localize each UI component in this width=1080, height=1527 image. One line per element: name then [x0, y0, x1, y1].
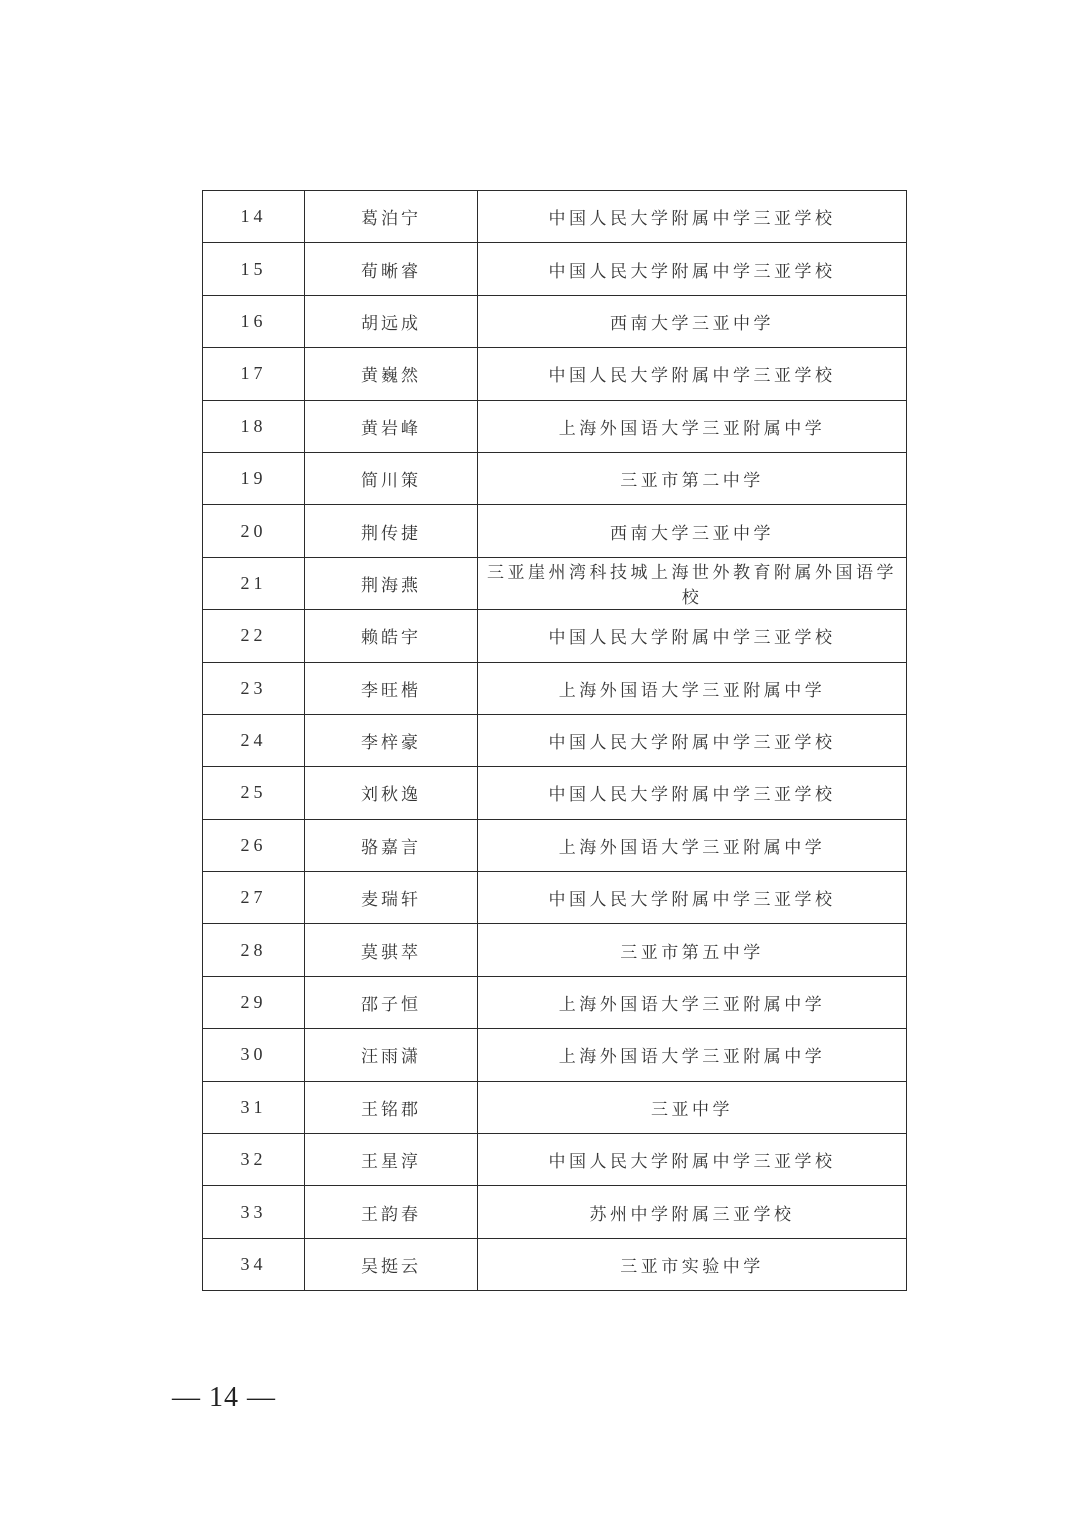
table-row: 17黄巍然中国人民大学附属中学三亚学校 — [203, 348, 907, 400]
table-row: 27麦瑞轩中国人民大学附属中学三亚学校 — [203, 872, 907, 924]
row-number-cell: 31 — [203, 1081, 305, 1133]
school-name-cell: 中国人民大学附属中学三亚学校 — [478, 767, 907, 819]
row-number-cell: 27 — [203, 872, 305, 924]
table-row: 22赖皓宇中国人民大学附属中学三亚学校 — [203, 610, 907, 662]
table-row: 18黄岩峰上海外国语大学三亚附属中学 — [203, 400, 907, 452]
row-number-cell: 25 — [203, 767, 305, 819]
row-number-cell: 24 — [203, 714, 305, 766]
row-number-cell: 14 — [203, 191, 305, 243]
table-row: 34吴挺云三亚市实验中学 — [203, 1238, 907, 1290]
table-row: 28莫骐萃三亚市第五中学 — [203, 924, 907, 976]
student-name-cell: 胡远成 — [305, 295, 478, 347]
table-row: 30汪雨潇上海外国语大学三亚附属中学 — [203, 1029, 907, 1081]
table-row: 33王韵春苏州中学附属三亚学校 — [203, 1186, 907, 1238]
row-number-cell: 32 — [203, 1134, 305, 1186]
school-name-cell: 上海外国语大学三亚附属中学 — [478, 1029, 907, 1081]
table-row: 24李梓豪中国人民大学附属中学三亚学校 — [203, 714, 907, 766]
student-name-cell: 赖皓宇 — [305, 610, 478, 662]
student-list-table: 14葛泊宁中国人民大学附属中学三亚学校15荀晰睿中国人民大学附属中学三亚学校16… — [202, 190, 907, 1291]
school-name-cell: 中国人民大学附属中学三亚学校 — [478, 243, 907, 295]
school-name-cell: 三亚崖州湾科技城上海世外教育附属外国语学校 — [478, 557, 907, 609]
row-number-cell: 34 — [203, 1238, 305, 1290]
school-name-cell: 三亚市第二中学 — [478, 452, 907, 504]
student-name-cell: 刘秋逸 — [305, 767, 478, 819]
row-number-cell: 26 — [203, 819, 305, 871]
table-row: 15荀晰睿中国人民大学附属中学三亚学校 — [203, 243, 907, 295]
school-name-cell: 西南大学三亚中学 — [478, 295, 907, 347]
student-name-cell: 李梓豪 — [305, 714, 478, 766]
row-number-cell: 23 — [203, 662, 305, 714]
school-name-cell: 西南大学三亚中学 — [478, 505, 907, 557]
table-row: 26骆嘉言上海外国语大学三亚附属中学 — [203, 819, 907, 871]
row-number-cell: 15 — [203, 243, 305, 295]
table-row: 21荆海燕三亚崖州湾科技城上海世外教育附属外国语学校 — [203, 557, 907, 609]
row-number-cell: 33 — [203, 1186, 305, 1238]
row-number-cell: 17 — [203, 348, 305, 400]
table-row: 23李旺楷上海外国语大学三亚附属中学 — [203, 662, 907, 714]
student-name-cell: 吴挺云 — [305, 1238, 478, 1290]
school-name-cell: 上海外国语大学三亚附属中学 — [478, 819, 907, 871]
table-row: 19简川策三亚市第二中学 — [203, 452, 907, 504]
school-name-cell: 三亚市实验中学 — [478, 1238, 907, 1290]
table-row: 29邵子恒上海外国语大学三亚附属中学 — [203, 976, 907, 1028]
school-name-cell: 上海外国语大学三亚附属中学 — [478, 400, 907, 452]
row-number-cell: 22 — [203, 610, 305, 662]
student-name-cell: 荆海燕 — [305, 557, 478, 609]
table-row: 25刘秋逸中国人民大学附属中学三亚学校 — [203, 767, 907, 819]
school-name-cell: 上海外国语大学三亚附属中学 — [478, 662, 907, 714]
row-number-cell: 21 — [203, 557, 305, 609]
row-number-cell: 20 — [203, 505, 305, 557]
school-name-cell: 中国人民大学附属中学三亚学校 — [478, 610, 907, 662]
student-name-cell: 邵子恒 — [305, 976, 478, 1028]
row-number-cell: 29 — [203, 976, 305, 1028]
student-name-cell: 汪雨潇 — [305, 1029, 478, 1081]
row-number-cell: 30 — [203, 1029, 305, 1081]
table-row: 14葛泊宁中国人民大学附属中学三亚学校 — [203, 191, 907, 243]
student-name-cell: 王铭郡 — [305, 1081, 478, 1133]
school-name-cell: 三亚市第五中学 — [478, 924, 907, 976]
student-name-cell: 黄岩峰 — [305, 400, 478, 452]
student-name-cell: 黄巍然 — [305, 348, 478, 400]
student-name-cell: 简川策 — [305, 452, 478, 504]
school-name-cell: 中国人民大学附属中学三亚学校 — [478, 872, 907, 924]
student-name-cell: 骆嘉言 — [305, 819, 478, 871]
school-name-cell: 苏州中学附属三亚学校 — [478, 1186, 907, 1238]
row-number-cell: 28 — [203, 924, 305, 976]
student-name-cell: 荀晰睿 — [305, 243, 478, 295]
school-name-cell: 中国人民大学附属中学三亚学校 — [478, 714, 907, 766]
table-row: 20荆传捷西南大学三亚中学 — [203, 505, 907, 557]
table-row: 16胡远成西南大学三亚中学 — [203, 295, 907, 347]
row-number-cell: 19 — [203, 452, 305, 504]
table-row: 31王铭郡三亚中学 — [203, 1081, 907, 1133]
row-number-cell: 18 — [203, 400, 305, 452]
student-name-cell: 葛泊宁 — [305, 191, 478, 243]
school-name-cell: 中国人民大学附属中学三亚学校 — [478, 348, 907, 400]
school-name-cell: 中国人民大学附属中学三亚学校 — [478, 1134, 907, 1186]
student-name-cell: 王韵春 — [305, 1186, 478, 1238]
student-name-cell: 麦瑞轩 — [305, 872, 478, 924]
table-row: 32王星淳中国人民大学附属中学三亚学校 — [203, 1134, 907, 1186]
row-number-cell: 16 — [203, 295, 305, 347]
school-name-cell: 上海外国语大学三亚附属中学 — [478, 976, 907, 1028]
school-name-cell: 中国人民大学附属中学三亚学校 — [478, 191, 907, 243]
page-number: — 14 — — [172, 1382, 276, 1414]
student-name-cell: 荆传捷 — [305, 505, 478, 557]
student-name-cell: 李旺楷 — [305, 662, 478, 714]
table-body: 14葛泊宁中国人民大学附属中学三亚学校15荀晰睿中国人民大学附属中学三亚学校16… — [203, 191, 907, 1291]
student-name-cell: 王星淳 — [305, 1134, 478, 1186]
school-name-cell: 三亚中学 — [478, 1081, 907, 1133]
student-name-cell: 莫骐萃 — [305, 924, 478, 976]
